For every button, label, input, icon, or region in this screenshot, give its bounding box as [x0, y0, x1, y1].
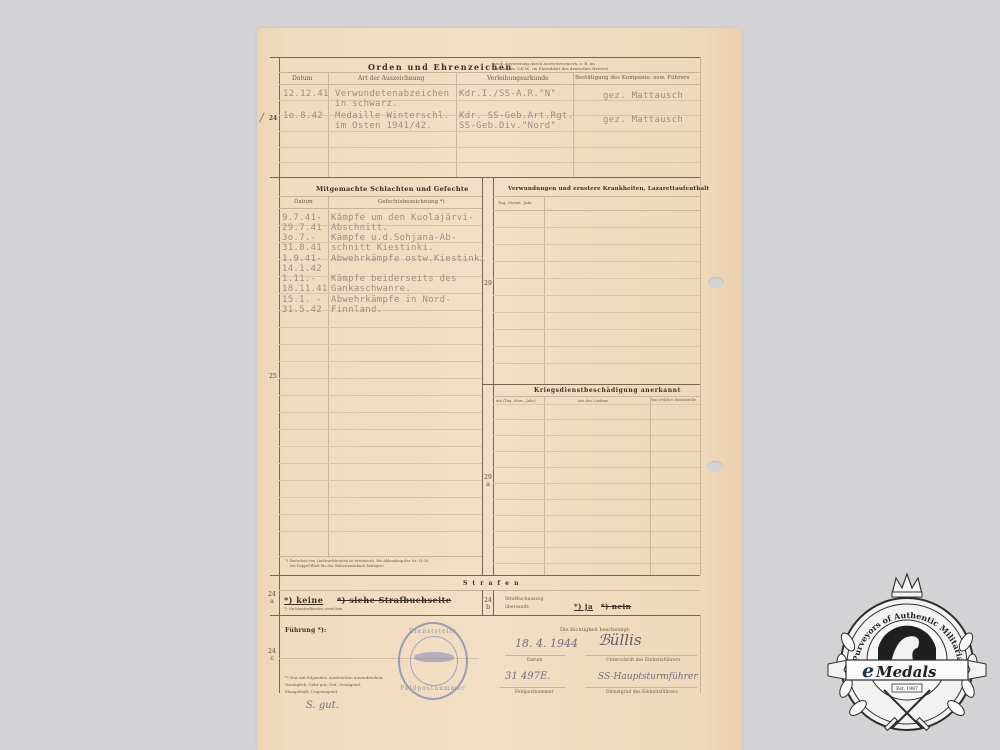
- conduct-footnote-2: Vorzüglich, Sehr gut, Gut, Genügend,: [285, 682, 361, 687]
- orders-check-mark: /: [260, 111, 264, 124]
- certification-rank-label: Dienstgrad des Einheitsführers: [606, 690, 678, 695]
- battles-col-name: Gefechtsbezeichnung *): [378, 199, 445, 205]
- watermark-brand-name: Medals: [875, 663, 937, 681]
- wounds-row-number: 29: [483, 280, 493, 287]
- war-damage-row-num: 29: [484, 474, 492, 481]
- battle-3-name-1: Abwehrkämpfe ostw.Kiestinki: [331, 254, 485, 264]
- battle-2-date-to: 31.8.41: [282, 243, 322, 253]
- certification-signature: ℬüllis: [598, 631, 642, 649]
- war-damage-title: Kriegsdienstbeschädigung anerkannt: [534, 387, 681, 394]
- penalties-right-row-letter: b: [486, 604, 490, 611]
- conduct-row-letter: c: [270, 655, 273, 662]
- penalties-option-see: *) siehe Strafbuchseite: [337, 595, 451, 605]
- battles-footnote-1: *) Einfachen von Lindwurfsbreiten ist er…: [285, 559, 429, 563]
- orders-row-2-award-2: im Osten 1941/42.: [335, 121, 432, 131]
- penalties-right-row-num: 24: [484, 597, 492, 604]
- battle-3-date-from: 1.9.41-: [282, 254, 322, 264]
- orders-col-certificate: Verleihungsurkunde: [487, 75, 549, 82]
- emedals-badge-icon: Purveyors of Authentic Militaria e Medal…: [818, 572, 996, 748]
- orders-row-1-date: 12.12.41: [283, 89, 329, 99]
- battle-3-date-to: 14.1.42: [282, 264, 322, 274]
- battle-5-name-2: Finnland.: [331, 305, 382, 315]
- penalty-register-no: *) nein: [601, 602, 631, 611]
- watermark-established: Est. 1987: [896, 686, 918, 692]
- battles-title: Mitgemachte Schlachten und Gefechte: [316, 185, 469, 193]
- conduct-row-number: 24 c: [267, 648, 277, 662]
- certification-rank: SS-Hauptsturmführer: [598, 672, 698, 682]
- battle-1-name-1: Kämpfe um den Kuolajärvi-: [331, 213, 474, 223]
- eagle-emblem-icon: [414, 652, 454, 662]
- orders-row-1-certificate: Kdr.I./SS-A.R."N": [459, 89, 556, 99]
- orders-row-1-award-1: Verwundetenabzeichen: [335, 89, 449, 99]
- certification-date: 18. 4. 1944: [515, 637, 578, 650]
- battle-4-name-1: Kämpfe beiderseits des: [331, 274, 457, 284]
- wounds-col-date: Tag, Monat, Jahr: [498, 200, 532, 205]
- penalties-title: S t r a f e n: [463, 580, 520, 587]
- penalties-row-letter: a: [270, 598, 274, 605]
- certification-signature-label: Unterschrift des Einheitsführers: [606, 658, 680, 663]
- battle-5-date-from: 15.1. -: [282, 295, 322, 305]
- orders-title-note-2: Bericht des O.K.W., im Ehrenblatt des de…: [492, 66, 608, 71]
- orders-row-number: 24: [268, 115, 278, 122]
- battle-2-name-1: Kämpfe u.d.Sohjana-Ab-: [331, 233, 457, 243]
- war-damage-col-office: von welcher Dienststelle: [651, 398, 696, 402]
- war-damage-row-letter: a: [486, 481, 490, 488]
- battle-5-name-1: Abwehrkämpfe in Nord-: [331, 295, 451, 305]
- battle-1-name-2: Abschnitt.: [331, 223, 388, 233]
- stamp-bottom-text: Feldpostnummer: [400, 685, 466, 692]
- war-damage-row-number: 29 a: [483, 474, 493, 488]
- battle-1-date-from: 9.7.41-: [282, 213, 322, 223]
- penalties-right-row-number: 24 b: [483, 597, 493, 611]
- punch-hole-top: [708, 277, 724, 288]
- penalty-register-label-2: übersandt:: [505, 605, 530, 610]
- emedals-watermark-logo: Purveyors of Authentic Militaria e Medal…: [818, 572, 996, 748]
- battles-row-number: 25: [268, 373, 278, 380]
- penalty-register-label-1: Strafbuchauszug: [505, 597, 544, 602]
- war-damage-col-date: am (Tag, Mon., Jahr): [496, 398, 536, 403]
- conduct-handwritten: S. gut.: [306, 700, 339, 711]
- battle-4-date-to: 18.11.41: [282, 284, 328, 294]
- certification-feldpost-label: Feldpostnummer: [515, 690, 554, 695]
- orders-col-date: Datum: [292, 75, 312, 82]
- orders-row-1-award-2: in schwarz.: [335, 99, 398, 109]
- battle-1-date-to: 29.7.41: [282, 223, 322, 233]
- orders-row-2-date: 1o.8.42: [283, 111, 323, 121]
- war-damage-col-type: Art des Leidens: [578, 398, 608, 403]
- punch-hole-bottom: [707, 461, 723, 472]
- penalty-register-yes: *) ja: [574, 602, 593, 611]
- battle-2-name-2: schnitt Kiestinki.: [331, 243, 434, 253]
- battle-5-date-to: 31.5.42: [282, 305, 322, 315]
- wounds-title: Verwundungen und ernstere Krankheiten, L…: [508, 186, 709, 192]
- conduct-row-num: 24: [268, 648, 276, 655]
- conduct-label: Führung *):: [285, 627, 326, 634]
- battle-4-name-2: Gankaschwanre.: [331, 284, 411, 294]
- penalties-row-num: 24: [268, 591, 276, 598]
- orders-row-2-certificate-2: SS-Geb.Div."Nord": [459, 121, 556, 131]
- penalties-option-none: *) keine: [284, 595, 323, 605]
- orders-col-award: Art der Auszeichnung: [358, 75, 424, 82]
- orders-row-2-confirmation: gez. Mattausch: [603, 115, 683, 125]
- battles-footnote-2: ein Doppel-Blatt für das Wehrstammbuch b…: [290, 564, 384, 568]
- conduct-footnote-1: *) Nur mit folgenden Ausdrücken auszudrü…: [285, 675, 384, 680]
- official-stamp: Dienststelle Feldpostnummer: [398, 622, 468, 700]
- stamp-top-text: Dienststelle: [400, 628, 466, 635]
- orders-col-confirmation: Bestätigung des Kompanie- usw. Führers: [575, 75, 689, 81]
- conduct-footnote-3: Mangelhaft, Ungenügend.: [285, 689, 338, 694]
- battle-2-date-from: 3o.7.-: [282, 233, 316, 243]
- watermark-brand-e: e: [862, 660, 874, 682]
- battles-col-date: Datum: [294, 199, 313, 205]
- penalties-note: *) Nichtzutreffendes streichen: [284, 606, 343, 611]
- orders-row-2-award-1: Medaille Winterschl.: [335, 111, 449, 121]
- certification-date-label: Datum: [527, 658, 542, 663]
- certification-feldpost: 31 497E.: [505, 671, 550, 682]
- orders-row-2-certificate-1: Kdr. SS-Geb.Art.Rgt.: [459, 111, 573, 121]
- battle-4-date-from: 1.11.-: [282, 274, 316, 284]
- orders-row-1-confirmation: gez. Mattausch: [603, 91, 683, 101]
- penalties-row-number: 24 a: [267, 591, 277, 605]
